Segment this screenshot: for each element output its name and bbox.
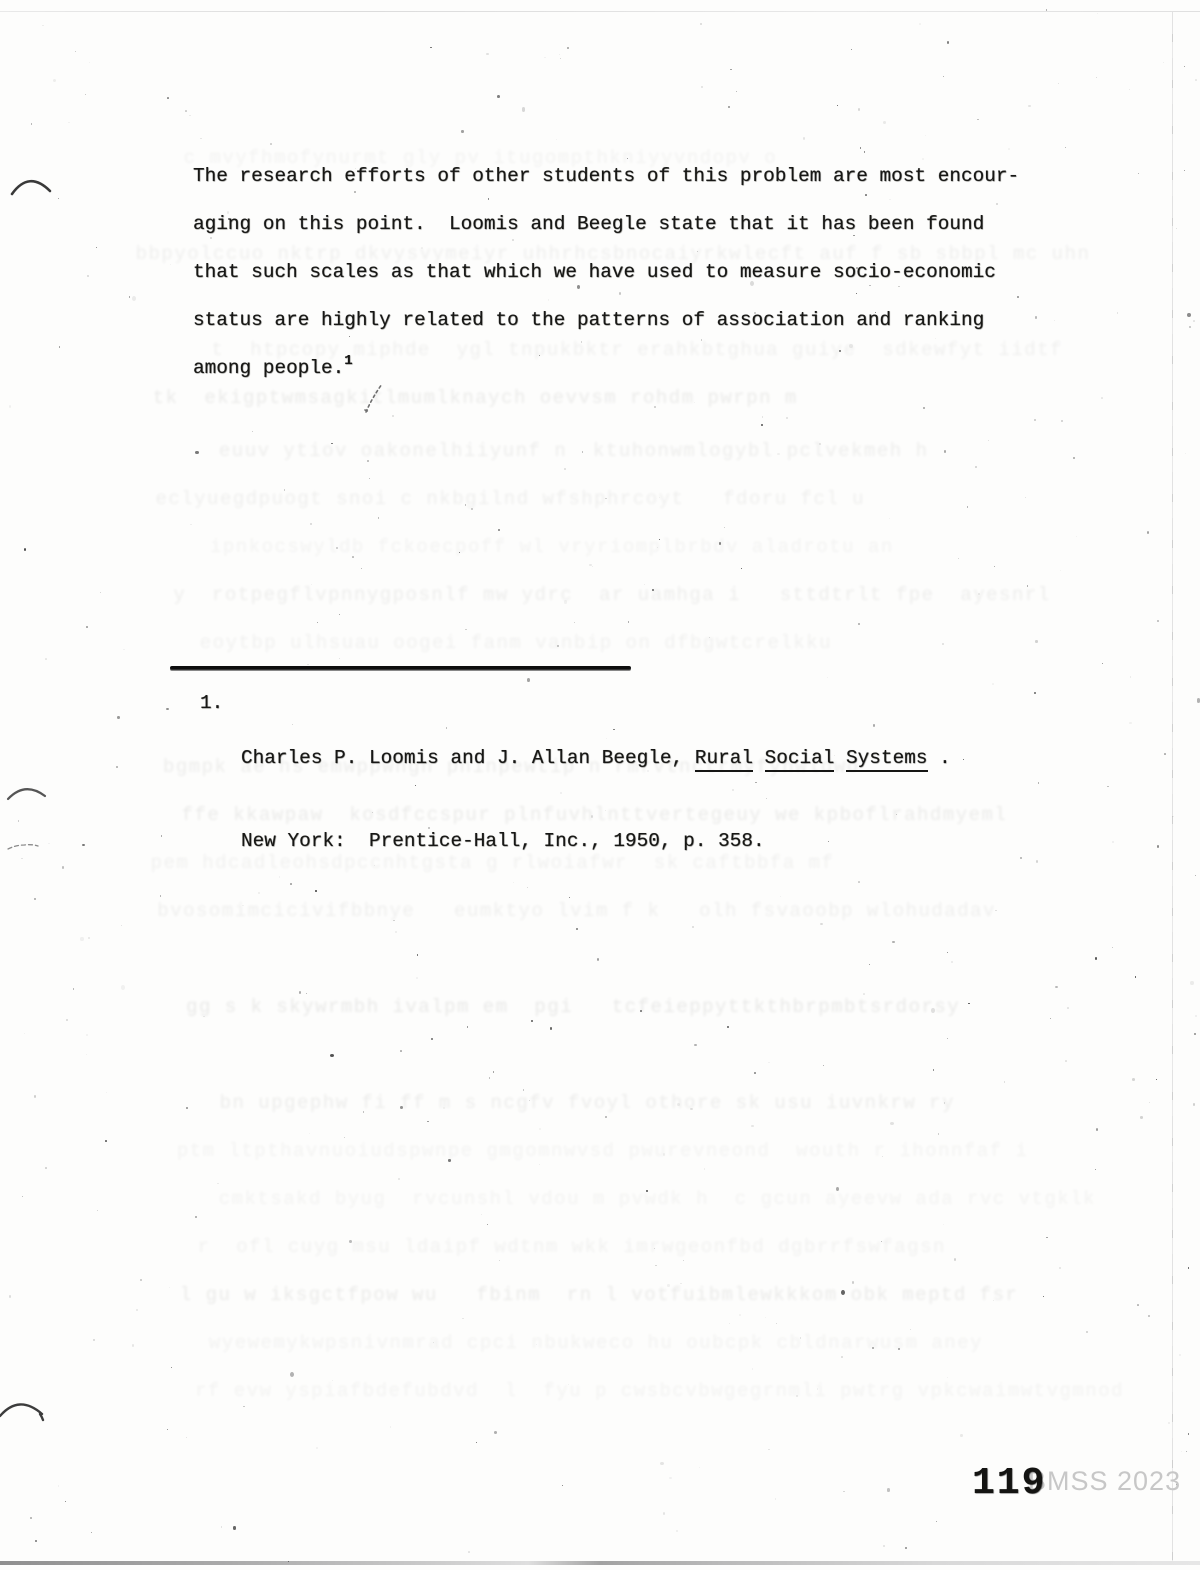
scan-top-edge-line [0, 11, 1200, 12]
footnote-number: 1. [200, 690, 223, 718]
book-title-word-3: Systems [846, 746, 927, 772]
book-title-word-1: Rural [695, 746, 753, 772]
scan-right-edge-line [1172, 12, 1173, 1562]
footnote-separator-rule [170, 666, 631, 670]
footnote-citation-line-1: Charles P. Loomis and J. Allan Beegle, R… [241, 745, 1021, 773]
body-paragraph: The research efforts of other students o… [193, 152, 1073, 392]
citation-authors: Charles P. Loomis and J. Allan Beegle, [241, 747, 695, 769]
footnote-reference-superscript: 1 [344, 353, 352, 369]
footnote-citation: Charles P. Loomis and J. Allan Beegle, R… [241, 690, 1021, 910]
body-line-4: status are highly related to the pattern… [193, 296, 1073, 344]
body-line-1: The research efforts of other students o… [193, 152, 1073, 200]
body-line-5-text: among people. [193, 357, 344, 379]
punch-hole-arc-bottom [0, 1392, 46, 1422]
watermark: BMSS 2023 [1028, 1466, 1181, 1497]
book-title-word-2: Social [765, 746, 835, 772]
punch-hole-arc-top [9, 168, 53, 198]
page-number: 119 [972, 1462, 1046, 1505]
citation-period: . [939, 747, 951, 769]
body-line-3: that such scales as that which we have u… [193, 248, 1073, 296]
body-line-5: among people.1 [193, 344, 1073, 392]
punch-hole-arc-middle [6, 779, 48, 803]
footnote: 1. Charles P. Loomis and J. Allan Beegle… [200, 690, 247, 800]
scan-bottom-edge-line [0, 1561, 1200, 1565]
scanned-document-page: c mvyfhmofynurmt gly pv itugompthkniyyvn… [0, 0, 1200, 1570]
footnote-citation-line-2: New York: Prentice-Hall, Inc., 1950, p. … [241, 828, 1021, 856]
body-line-2: aging on this point. Loomis and Beegle s… [193, 200, 1073, 248]
pencil-dash-mark [6, 840, 40, 852]
